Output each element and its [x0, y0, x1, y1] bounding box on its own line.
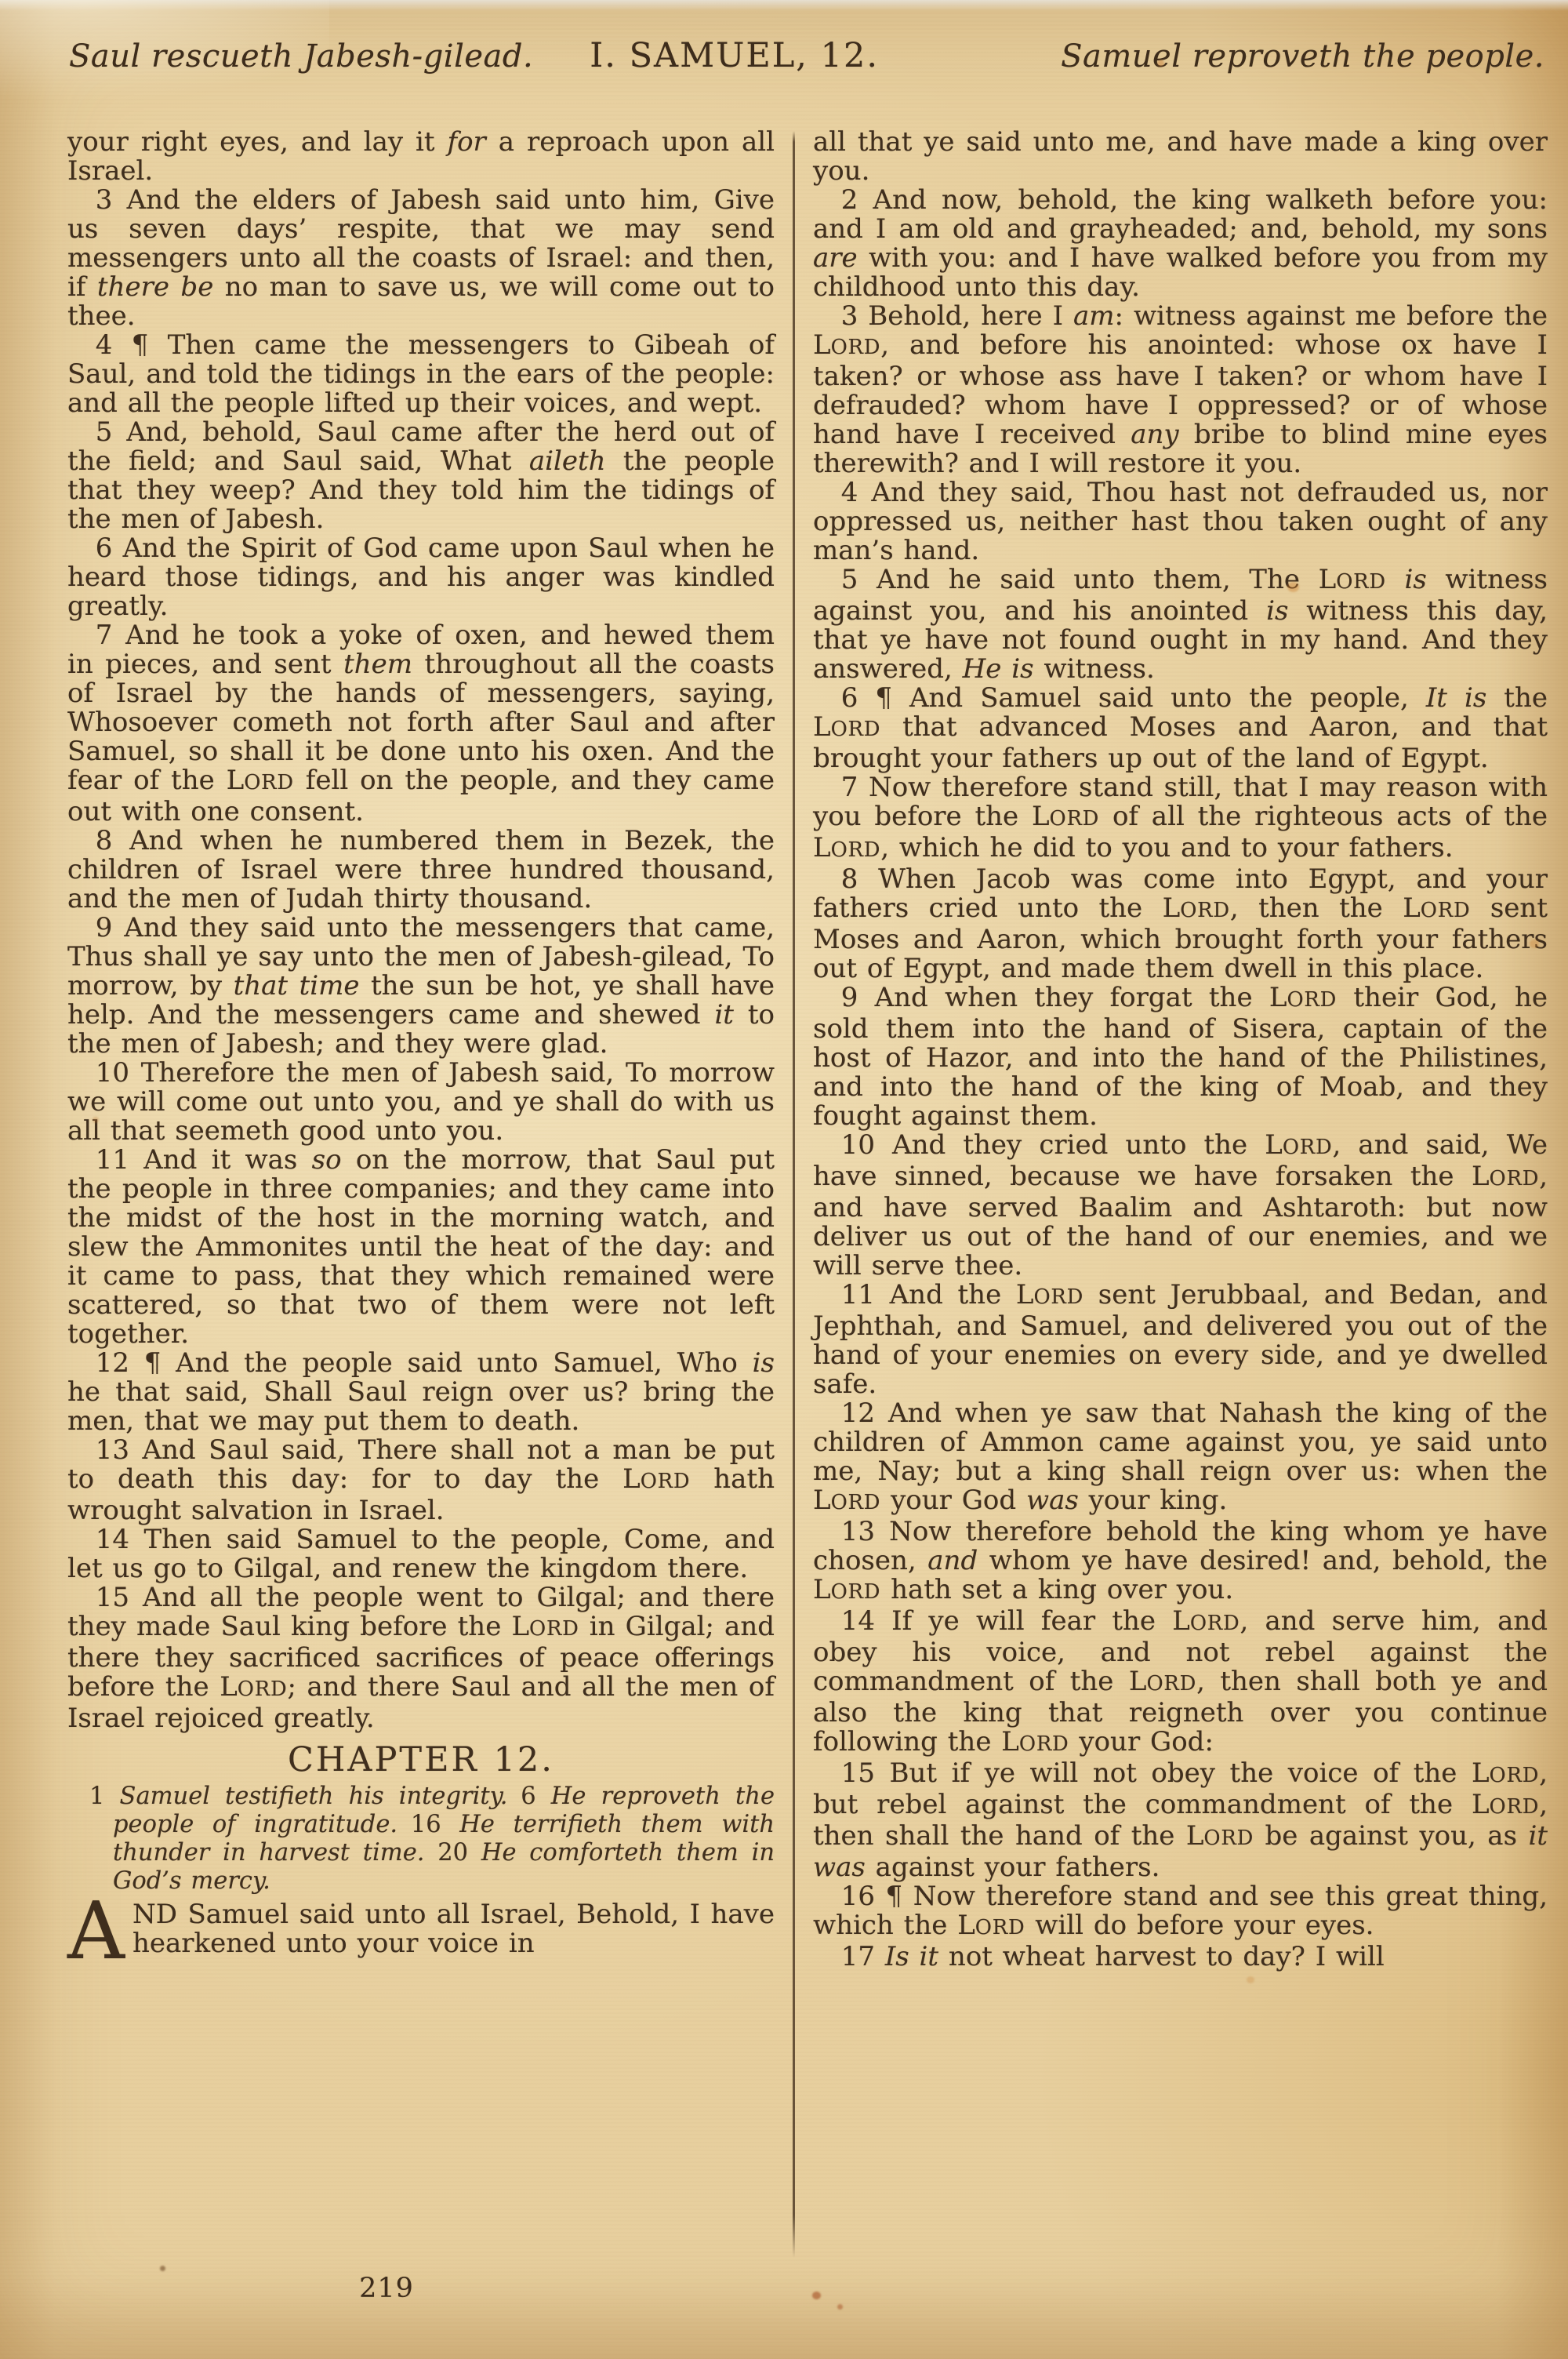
verse: 11 And it was so on the morrow, that Sau… — [67, 1146, 775, 1349]
divine-name-small-caps: LORD — [813, 329, 880, 361]
divine-name-small-caps: LORD — [813, 1485, 880, 1516]
header-book-chapter: I. SAMUEL, 12. — [590, 36, 879, 75]
verse: 5 And, behold, Saul came after the herd … — [67, 418, 775, 534]
divine-name-small-caps: LORD — [622, 1463, 690, 1495]
verse: 15 And all the people went to Gilgal; an… — [67, 1583, 775, 1733]
verse: 8 When Jacob was come into Egypt, and yo… — [813, 865, 1548, 983]
divine-name-small-caps: LORD — [1032, 801, 1099, 832]
chapter-heading: CHAPTER 12. — [67, 1746, 775, 1775]
summary-verse-ref: 20 — [437, 1839, 468, 1866]
running-header: Saul rescueth Jabesh-gilead. I. SAMUEL, … — [69, 36, 1544, 75]
verse: 5 And he said unto them, The LORD is wit… — [813, 565, 1548, 684]
paper-stain — [160, 2266, 165, 2271]
divine-name-small-caps: LORD — [1129, 1666, 1196, 1697]
verse: 9 And they said unto the messengers that… — [67, 914, 775, 1059]
divine-name-small-caps: LORD — [813, 832, 880, 863]
page-top-edge — [0, 0, 1568, 11]
divine-name-small-caps: LORD — [1172, 1605, 1240, 1637]
verse: 9 And when they forgat the LORD their Go… — [813, 983, 1548, 1131]
divine-name-small-caps: LORD — [1016, 1279, 1083, 1310]
column-divider — [793, 131, 795, 2258]
verse-continuation: all that ye said unto me, and have made … — [813, 128, 1548, 186]
bible-page-scan: Saul rescueth Jabesh-gilead. I. SAMUEL, … — [0, 0, 1568, 2359]
divine-name-small-caps: LORD — [957, 1910, 1025, 1941]
verse: 3 And the elders of Jabesh said unto him… — [67, 186, 775, 331]
verse: 14 If ye will fear the LORD, and serve h… — [813, 1607, 1548, 1759]
divine-name-small-caps: LORD — [813, 1574, 880, 1605]
divine-name-small-caps: LORD — [1269, 982, 1337, 1013]
divine-name-small-caps: LORD — [1265, 1129, 1332, 1161]
divine-name-small-caps: LORD — [1001, 1726, 1069, 1757]
verse: 2 And now, behold, the king walketh befo… — [813, 186, 1548, 302]
verse: 13 And Saul said, There shall not a man … — [67, 1436, 775, 1525]
verse: 6 ¶ And Samuel said unto the people, It … — [813, 684, 1548, 773]
verse: 16 ¶ Now therefore stand and see this gr… — [813, 1882, 1548, 1943]
verse: 11 And the LORD sent Jerubbaal, and Beda… — [813, 1281, 1548, 1399]
summary-verse-ref: 16 — [411, 1811, 441, 1838]
paper-stain — [837, 2304, 843, 2310]
divine-name-small-caps: LORD — [1163, 892, 1230, 924]
chapter-summary: 1 Samuel testifieth his integrity.6 He r… — [67, 1783, 775, 1896]
divine-name-small-caps: LORD — [1319, 564, 1386, 595]
summary-verse-ref: 1 — [89, 1783, 104, 1810]
verse: 3 Behold, here I am: witness against me … — [813, 302, 1548, 478]
verse: 10 And they cried unto the LORD, and sai… — [813, 1131, 1548, 1281]
verse: 12 ¶ And the people said unto Samuel, Wh… — [67, 1349, 775, 1436]
divine-name-small-caps: LORD — [220, 1671, 287, 1703]
divine-name-small-caps: LORD — [511, 1611, 579, 1642]
verse: 15 But if ye will not obey the voice of … — [813, 1759, 1548, 1882]
verse: 4 ¶ Then came the messengers to Gibeah o… — [67, 331, 775, 418]
page-number: 219 — [320, 2273, 453, 2304]
divine-name-small-caps: LORD — [1472, 1757, 1539, 1789]
divine-name-small-caps: LORD — [1403, 892, 1470, 924]
verse: 14 Then said Samuel to the people, Come,… — [67, 1525, 775, 1583]
divine-name-small-caps: LORD — [1472, 1789, 1539, 1820]
verse: 7 Now therefore stand still, that I may … — [813, 773, 1548, 865]
verse: 13 Now therefore behold the king whom ye… — [813, 1518, 1548, 1607]
paper-stain — [812, 2292, 821, 2299]
drop-cap-initial: A — [67, 1900, 132, 1960]
header-right-summary: Samuel reproveth the people. — [1061, 38, 1544, 75]
divine-name-small-caps: LORD — [1472, 1161, 1539, 1192]
divine-name-small-caps: LORD — [813, 711, 880, 743]
summary-verse-ref: 6 — [521, 1783, 535, 1810]
verse: 12 And when ye saw that Nahash the king … — [813, 1399, 1548, 1518]
divine-name-small-caps: LORD — [227, 765, 294, 796]
verse-with-drop-cap: AND Samuel said unto all Israel, Behold,… — [67, 1900, 775, 1958]
verse: 17 Is it not wheat harvest to day? I wil… — [813, 1943, 1548, 1972]
left-column: your right eyes, and lay it for a reproa… — [67, 128, 775, 2258]
verse: 4 And they said, Thou hast not defrauded… — [813, 478, 1548, 565]
verse: 8 And when he numbered them in Bezek, th… — [67, 827, 775, 914]
verse-continuation: your right eyes, and lay it for a reproa… — [67, 128, 775, 186]
verse: 7 And he took a yoke of oxen, and hewed … — [67, 621, 775, 827]
verse: 10 Therefore the men of Jabesh said, To … — [67, 1059, 775, 1146]
header-left-summary: Saul rescueth Jabesh-gilead. — [69, 38, 533, 75]
divine-name-small-caps: LORD — [1186, 1820, 1254, 1852]
right-column: all that ye said unto me, and have made … — [813, 128, 1548, 2258]
verse: 6 And the Spirit of God came upon Saul w… — [67, 534, 775, 621]
text-columns: your right eyes, and lay it for a reproa… — [67, 128, 1548, 2258]
